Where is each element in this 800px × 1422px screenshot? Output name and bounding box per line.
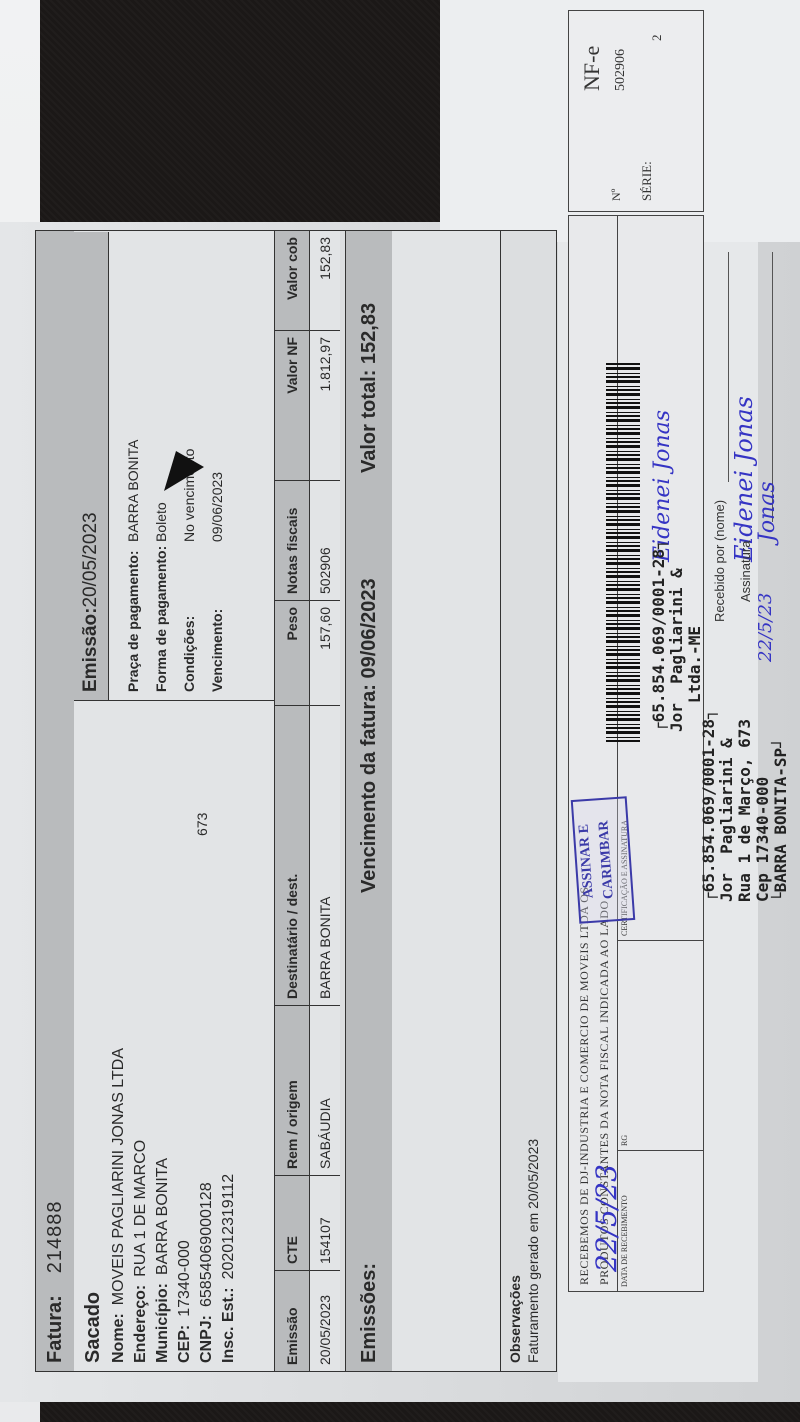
emissoes-body	[392, 231, 501, 1371]
emissao-date: 20/05/2023	[80, 512, 102, 607]
nfe-serie: 2	[649, 35, 665, 42]
nfe-number-label: Nº	[609, 189, 624, 201]
sacado-cnpj: CNPJ:65854069000128	[196, 1048, 218, 1363]
col-emissao: Emissão	[275, 1271, 309, 1371]
observacoes-text: Faturamento gerado em 20/05/2023	[524, 1139, 542, 1363]
sacado-cep: CEP:17340-000	[174, 1048, 196, 1363]
name-line	[728, 252, 729, 482]
rotated-document-photo: Fatura: 214888 Sacado Nome:MOVEIS PAGLIA…	[0, 0, 800, 1422]
sacado-details: Sacado Nome:MOVEIS PAGLIARINI JONAS LTDA…	[82, 1048, 240, 1363]
handwritten-receipt-date: 22/5/23	[590, 1164, 623, 1272]
nfe-serie-label: SÉRIE:	[639, 161, 655, 201]
vencimento: Vencimento:09/06/2023	[203, 240, 231, 692]
received-by-label: Recebido por (nome)	[712, 500, 727, 622]
sacado-section: Sacado Nome:MOVEIS PAGLIARINI JONAS LTDA…	[74, 231, 274, 1371]
barcode	[606, 362, 640, 742]
observacoes-label: Observações	[506, 1139, 524, 1363]
fatura-header: Fatura: 214888	[36, 231, 75, 1371]
sacado-title: Sacado	[82, 1048, 104, 1363]
fatura-label: Fatura:	[44, 1295, 67, 1363]
cnpj-stamp-top: ┌65.854.069/0001-28┐ Jor Pagliarini & Lt…	[650, 539, 704, 732]
sacado-nome: Nome:MOVEIS PAGLIARINI JONAS LTDA	[108, 1048, 130, 1363]
sacado-insc-est: Insc. Est.:202012319112	[218, 1048, 240, 1363]
col-notas-fiscais: Notas fiscais	[275, 481, 309, 601]
address-number: 673	[194, 813, 210, 836]
emissao-header: Emissão: 20/05/2023	[74, 232, 109, 700]
table-row: 20/05/2023 154107 SABÁUDIA BARRA BONITA …	[310, 231, 340, 1371]
col-valor-cob: Valor cob	[275, 231, 309, 331]
handwritten-name: Eidenei Jonas	[730, 396, 758, 562]
signature-label: Assinatura	[738, 541, 753, 602]
valor-total: Valor total: 152,83	[358, 303, 381, 473]
stub-rg-cell: RG	[618, 941, 704, 1151]
handwritten-date: 22/5/23	[755, 593, 776, 662]
stub-date-cell: DATA DE RECEBIMENTO	[618, 1151, 704, 1291]
emissoes-label: Emissões:	[358, 893, 381, 1363]
observacoes: Observações Faturamento gerado em 20/05/…	[506, 1139, 542, 1363]
vencimento-fatura: Vencimento da fatura: 09/06/2023	[358, 473, 381, 893]
emissions-table: Emissão CTE Rem / origem Destinatário / …	[274, 231, 346, 1371]
col-peso: Peso	[275, 601, 309, 706]
col-destinatario: Destinatário / dest.	[275, 706, 309, 1006]
nfe-number: 502906	[613, 49, 629, 91]
assinar-carimbar-stamp: ASSINAR E CARIMBAR	[571, 796, 636, 924]
table-header: Emissão CTE Rem / origem Destinatário / …	[275, 231, 310, 1371]
col-rem-origem: Rem / origem	[275, 1006, 309, 1176]
totals-bar: Emissões: Vencimento da fatura: 09/06/20…	[346, 231, 393, 1371]
nfe-box: NF-e Nº 502906 SÉRIE: 2	[568, 10, 704, 212]
col-cte: CTE	[275, 1176, 309, 1271]
cnpj-stamp-bottom: ┌65.854.069/0001-28┐ Jor Pagliarini & Ru…	[700, 709, 790, 902]
sacado-endereco: Endereço:RUA 1 DE MARCO	[130, 1048, 152, 1363]
praca-pagamento: Praça de pagamento:BARRA BONITA	[119, 240, 147, 692]
invoice-form: Fatura: 214888 Sacado Nome:MOVEIS PAGLIA…	[35, 230, 557, 1372]
fatura-number: 214888	[44, 1200, 67, 1273]
col-valor-nf: Valor NF	[275, 331, 309, 481]
handwritten-signature: Jonas	[755, 481, 780, 542]
sacado-municipio: Município:BARRA BONITA	[152, 1048, 174, 1363]
forma-pagamento: Forma de pagamento:Boleto	[147, 240, 175, 692]
nfe-title: NF-e	[579, 46, 605, 91]
